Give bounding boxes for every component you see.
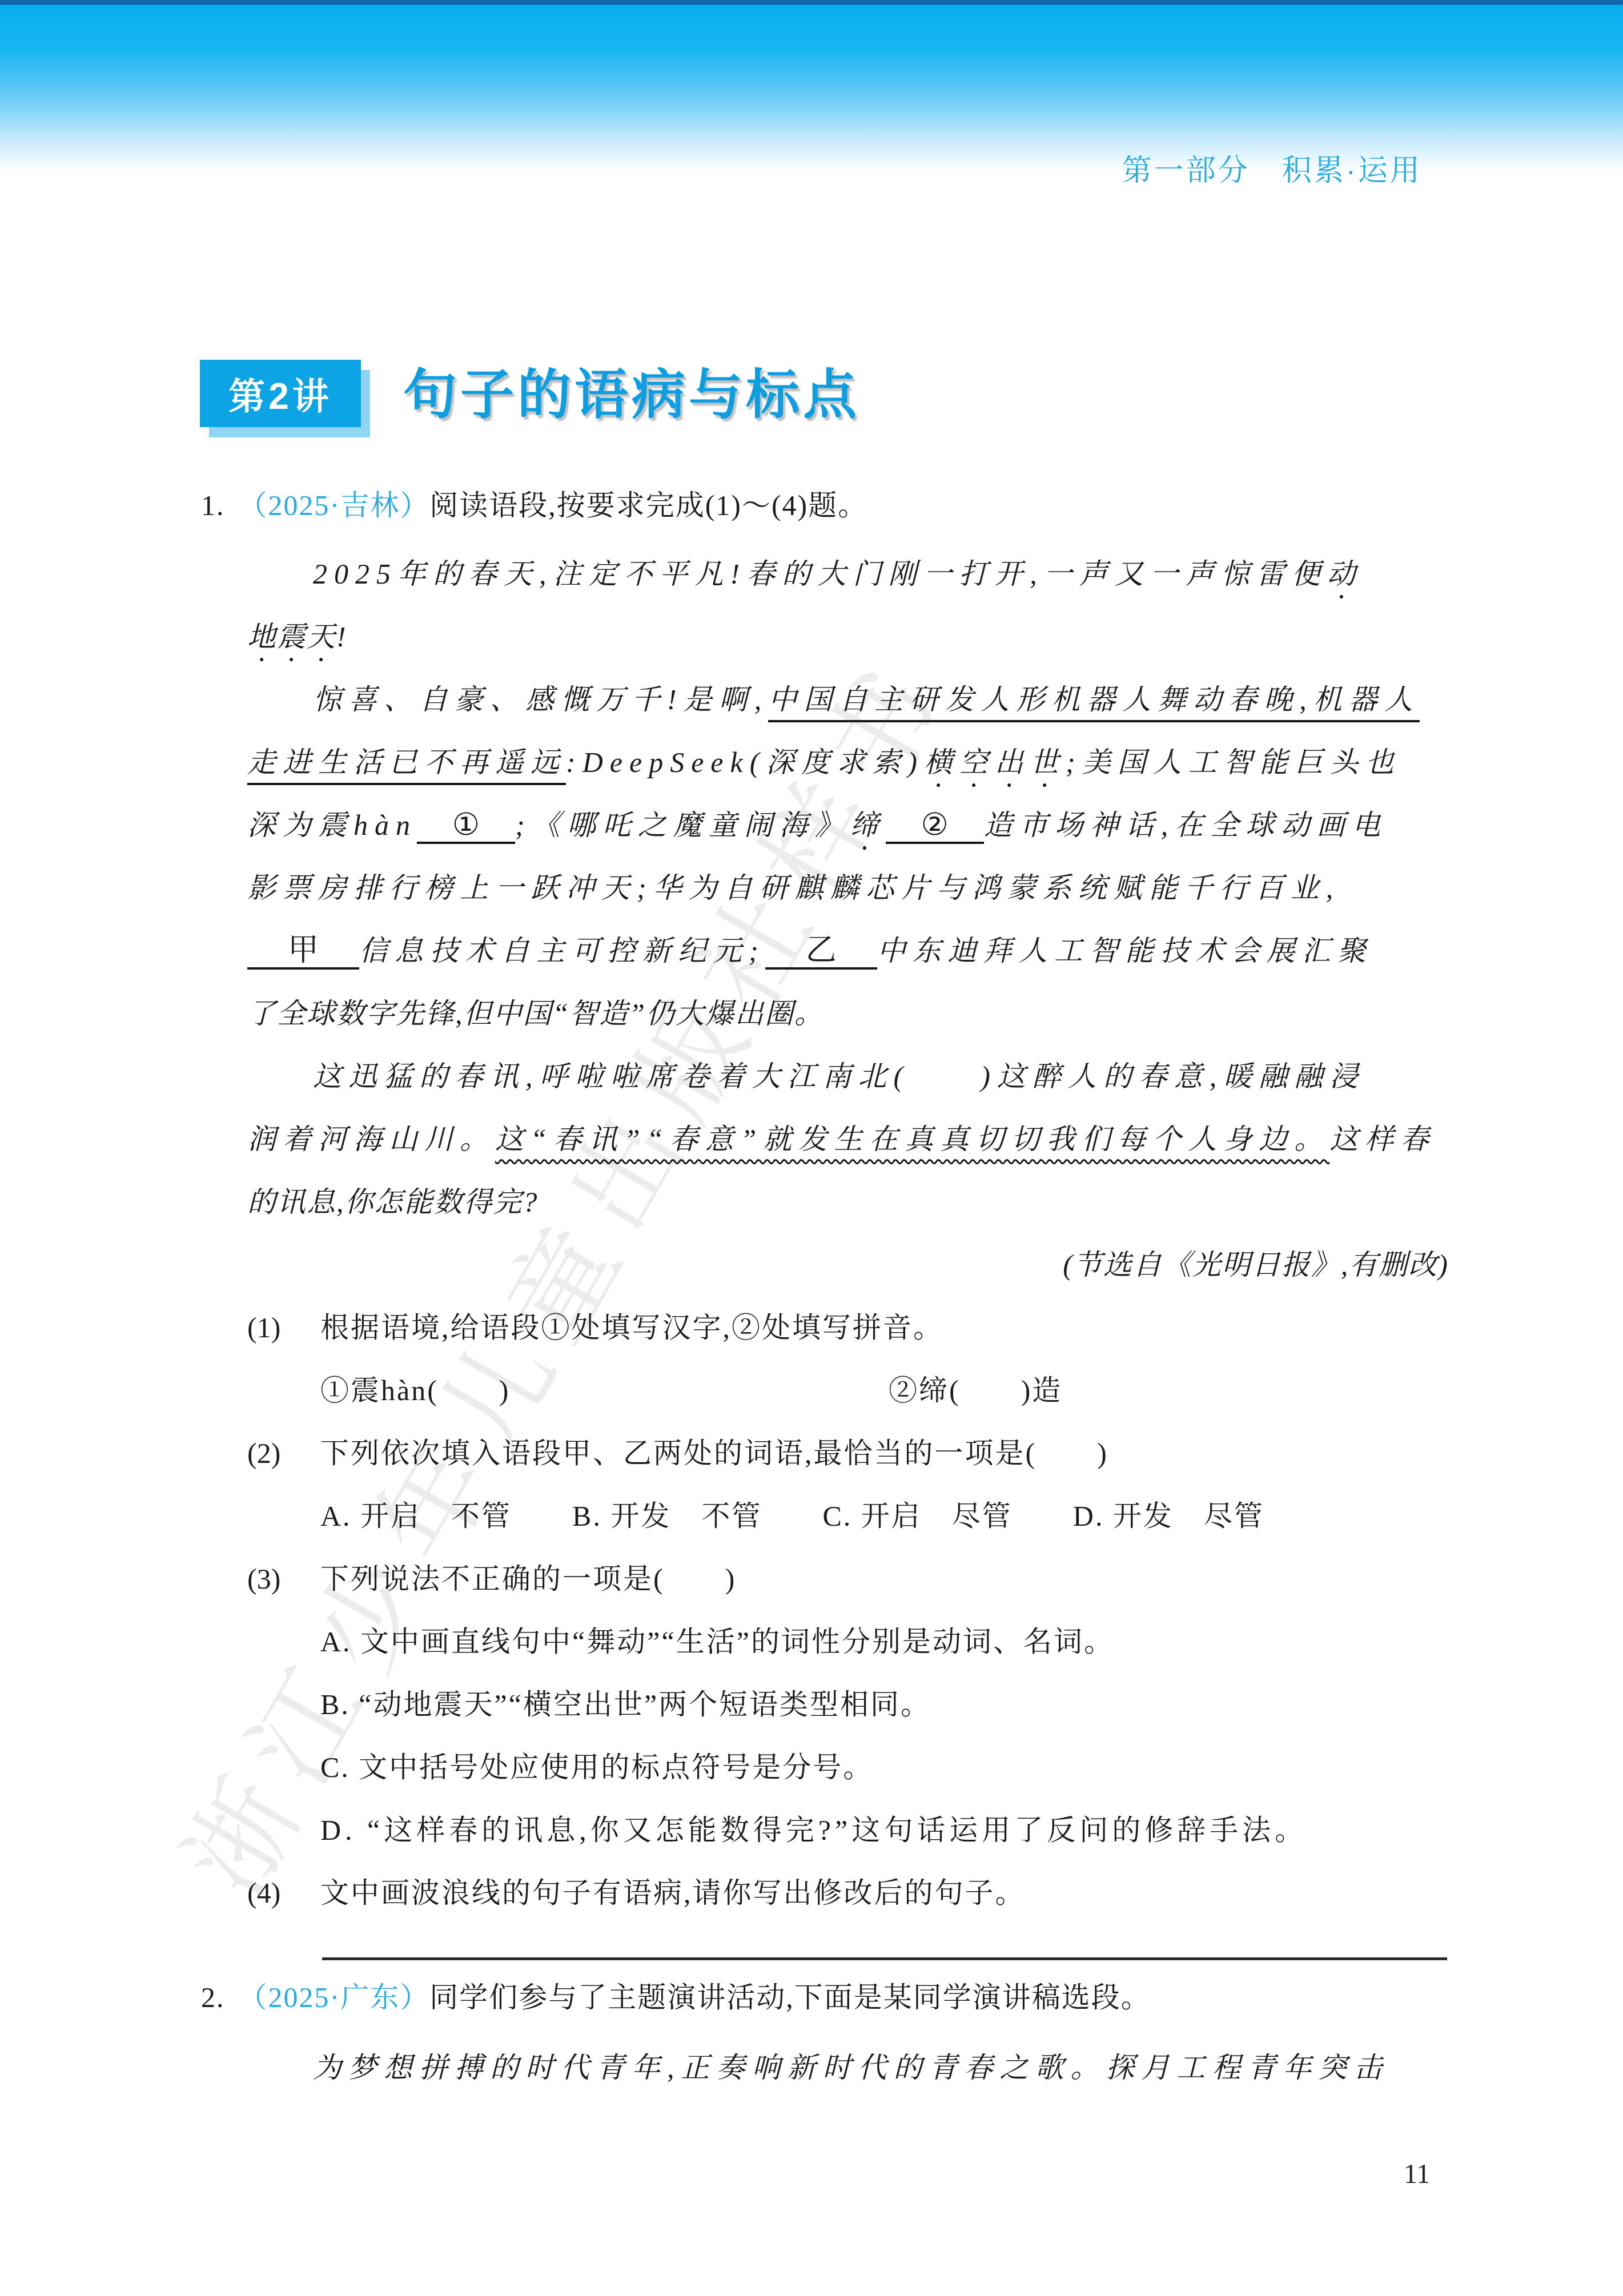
passage-text: 2025年的春天,注定不平凡!春的大门刚一打开,一声又一声惊雷便: [313, 558, 1327, 590]
emphasized-text: 地震天: [247, 621, 336, 653]
blank-label-yi: 乙: [806, 933, 837, 967]
question-1-number: 1.: [201, 489, 225, 521]
subquestion-2-options: A. 开启 不管 B. 开发 不管 C. 开启 尽管 D. 开发 尽管: [247, 1486, 1307, 1549]
passage-line: 地震天!: [247, 606, 1449, 669]
passage-text: ;美国人工智能巨头也: [1066, 746, 1401, 778]
passage-line: 惊喜、自豪、感慨万千!是啊,中国自主研发人形机器人舞动春晚,机器人: [247, 669, 1449, 732]
subquestion-3-text: 下列说法不正确的一项是( ): [320, 1563, 736, 1595]
question-1-source: （2025·吉林）: [239, 489, 430, 521]
emphasized-text: 动: [1327, 558, 1363, 590]
wavy-underlined-text: 这“春讯”“春意”就发生在真真切切我们每个人身边。: [495, 1123, 1329, 1155]
subquestion-4: (4)文中画波浪线的句子有语病,请你写出修改后的句子。: [247, 1863, 1307, 1925]
passage-line: 影票房排行榜上一跃冲天;华为自研麒麟芯片与鸿蒙系统赋能千行百业,: [247, 858, 1449, 920]
subquestion-1: (1)根据语境,给语段①处填写汉字,②处填写拼音。: [247, 1297, 1307, 1360]
lesson-badge: 第2讲: [200, 360, 361, 427]
question-1-stem: 阅读语段,按要求完成(1)～(4)题。: [429, 489, 867, 521]
fill-blank-jia: 甲: [247, 934, 359, 970]
passage-line: 为梦想拼搏的时代青年,正奏响新时代的青春之歌。探月工程青年突击: [247, 2037, 1449, 2100]
underlined-text: 走进生活已不再遥远: [247, 746, 566, 785]
passage-text: !: [336, 621, 347, 653]
circled-number-1: ①: [452, 807, 480, 842]
passage-text: 惊喜、自豪、感慨万千!是啊,: [313, 683, 768, 715]
underlined-text: 中国自主研发人形机器人舞动春晚,机器人: [768, 683, 1420, 722]
passage-text: 中东迪拜人工智能技术会展汇聚: [877, 935, 1373, 967]
fill-blank-2: ②: [886, 808, 984, 844]
passage-line: 走进生活已不再遥远:DeepSeek(深度求索)横空出世;美国人工智能巨头也: [247, 732, 1449, 795]
option-a: A. 文中画直线句中“舞动”“生活”的词性分别是动词、名词。: [247, 1611, 1307, 1674]
passage-line: 这迅猛的春讯,呼啦啦席卷着大江南北( )这醉人的春意,暖融融浸: [247, 1046, 1449, 1109]
passage-line: 甲信息技术自主可控新纪元;乙中东迪拜人工智能技术会展汇聚: [247, 920, 1449, 983]
passage-line: 润着河海山川。这“春讯”“春意”就发生在真真切切我们每个人身边。这样春: [247, 1109, 1449, 1172]
question-1-head: 1.（2025·吉林）阅读语段,按要求完成(1)～(4)题。: [201, 482, 867, 524]
page-number: 11: [1404, 2158, 1430, 2190]
circled-number-2: ②: [921, 807, 948, 842]
passage-text: 这样春: [1329, 1123, 1436, 1155]
option-d: D. “这样春的讯息,你又怎能数得完?”这句话运用了反问的修辞手法。: [247, 1800, 1307, 1863]
subquestion-2-text: 下列依次填入语段甲、乙两处的词语,最恰当的一项是( ): [320, 1437, 1108, 1469]
question-1-subquestions: (1)根据语境,给语段①处填写汉字,②处填写拼音。 ①震hàn( )②缔( )造…: [247, 1297, 1307, 1925]
passage-text: 信息技术自主可控新纪元;: [359, 935, 765, 967]
subquestion-1-items: ①震hàn( )②缔( )造: [247, 1360, 1307, 1423]
subquestion-2-label: (2): [247, 1423, 320, 1483]
passage-text: :DeepSeek(深度求索): [566, 746, 924, 778]
emphasized-text: 缔: [850, 809, 886, 841]
subquestion-2: (2)下列依次填入语段甲、乙两处的词语,最恰当的一项是( ): [247, 1423, 1307, 1486]
subquestion-4-label: (4): [247, 1863, 320, 1923]
option-b: B. “动地震天”“横空出世”两个短语类型相同。: [247, 1674, 1307, 1737]
passage-text: 深为震hàn: [247, 809, 417, 841]
passage-line: 了全球数字先锋,但中国“智造”仍大爆出圈。: [247, 983, 1449, 1046]
section-divider: [322, 1957, 1447, 1960]
question-2-stem: 同学们参与了主题演讲活动,下面是某同学演讲稿选段。: [429, 1981, 1151, 2013]
question-2-number: 2.: [201, 1981, 225, 2013]
fill-item-2: ②缔( )造: [889, 1374, 1062, 1406]
workbook-page: 第一部分 积累·运用 浙江少年儿童出版社样书 第2讲 句子的语病与标点 1.（2…: [0, 0, 1623, 2296]
passage-line: 的讯息,你怎能数得完?: [247, 1172, 1449, 1235]
subquestion-3: (3)下列说法不正确的一项是( ): [247, 1549, 1307, 1611]
emphasized-text: 横空出世: [924, 746, 1066, 778]
fill-blank-yi: 乙: [765, 934, 877, 970]
fill-blank-1: ①: [417, 808, 515, 844]
fill-item-1: ①震hàn( ): [320, 1360, 889, 1421]
passage-text: 造市场神话,在全球动画电: [984, 809, 1388, 841]
lesson-title: 句子的语病与标点: [403, 352, 860, 429]
blank-label-jia: 甲: [288, 933, 319, 967]
passage-line: 深为震hàn①;《哪吒之魔童闹海》缔②造市场神话,在全球动画电: [247, 795, 1449, 858]
passage-text: ;《哪吒之魔童闹海》: [515, 809, 850, 841]
question-1-passage: 2025年的春天,注定不平凡!春的大门刚一打开,一声又一声惊雷便动 地震天! 惊…: [247, 544, 1449, 1297]
subquestion-3-label: (3): [247, 1549, 320, 1609]
question-2-head: 2.（2025·广东）同学们参与了主题演讲活动,下面是某同学演讲稿选段。: [201, 1975, 1151, 2016]
subquestion-1-label: (1): [247, 1297, 320, 1358]
question-2-passage: 为梦想拼搏的时代青年,正奏响新时代的青春之歌。探月工程青年突击: [247, 2037, 1449, 2100]
passage-source-note: (节选自《光明日报》,有删改): [247, 1235, 1449, 1297]
passage-line: 2025年的春天,注定不平凡!春的大门刚一打开,一声又一声惊雷便动: [247, 544, 1449, 606]
passage-text: 润着河海山川。: [247, 1123, 495, 1155]
question-2-source: （2025·广东）: [239, 1981, 430, 2013]
subquestion-1-text: 根据语境,给语段①处填写汉字,②处填写拼音。: [320, 1312, 943, 1344]
option-c: C. 文中括号处应使用的标点符号是分号。: [247, 1737, 1307, 1800]
subquestion-4-text: 文中画波浪线的句子有语病,请你写出修改后的句子。: [320, 1877, 1026, 1909]
part-label: 第一部分 积累·运用: [1122, 146, 1422, 189]
